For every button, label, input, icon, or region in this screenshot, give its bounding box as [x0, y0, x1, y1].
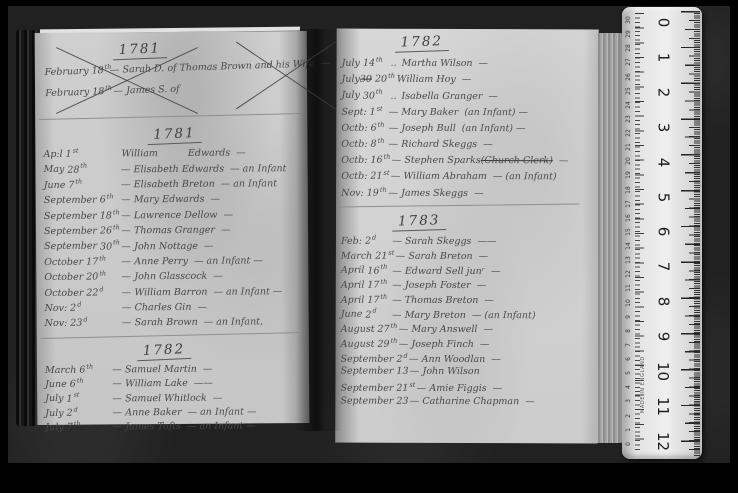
- ruler-cm-label: 6: [626, 357, 632, 361]
- entry-note: —: [204, 240, 214, 251]
- entry-name: Isabella Granger: [401, 90, 482, 101]
- ruler-cm-label: 20: [626, 157, 632, 165]
- entry-note: —: [483, 324, 493, 335]
- entry-name: Samuel Whitlock: [125, 392, 207, 404]
- entry-name: Anne Perry: [134, 256, 188, 267]
- register-entry: October17th — Anne Perry — an Infant —: [44, 253, 308, 270]
- entry-name: Sarah Breton: [408, 251, 472, 262]
- entry-dash: ..: [387, 90, 399, 101]
- ruler-inch-label: 8: [655, 297, 670, 307]
- register-entry: July14th .. Martha Wilson —: [342, 56, 599, 73]
- ruler-cm-label: 13: [626, 256, 632, 264]
- ruler-sixteenth-ticks: [694, 11, 700, 456]
- entry-note: — an Infant —: [194, 255, 263, 266]
- entry-date: October22d: [44, 285, 120, 299]
- ruler-cm-label: 16: [626, 214, 632, 222]
- left-page: 1781 February18th — Sarah D. of Thomas B…: [35, 31, 310, 425]
- ruler-cm-label: 26: [626, 73, 632, 81]
- entry-date: September30th: [44, 239, 120, 253]
- year-heading: 1783: [392, 212, 447, 232]
- entry-date: Octb:8th: [341, 136, 387, 149]
- entry-dash: —: [397, 324, 409, 335]
- ruler-cm-label: 11: [626, 285, 632, 293]
- entry-name: Anne Baker: [125, 407, 181, 418]
- entry-note: —: [491, 354, 501, 365]
- entry-dash: ..: [388, 58, 400, 69]
- entry-date: July3020th: [342, 72, 395, 85]
- entry-name: William Lake: [125, 378, 188, 389]
- entry-date: Sept:1st: [341, 104, 387, 117]
- entry-name: John Wilson: [423, 366, 480, 377]
- entry-date: October17th: [44, 254, 120, 268]
- entry-date: Nov:19th: [341, 185, 387, 198]
- ruler-cm-label: 8: [626, 329, 632, 333]
- ruler-cm-label: 5: [626, 371, 632, 375]
- entry-note: —: [320, 58, 330, 69]
- entry-date: September13: [341, 366, 409, 377]
- divider-line: [338, 203, 579, 207]
- entry-dash: —: [120, 256, 132, 267]
- ruler-cm-label: 7: [626, 343, 632, 347]
- entry-date: April16th: [341, 263, 391, 276]
- entry-name: James Skeggs: [401, 187, 468, 198]
- entry-name: William Hoy: [397, 74, 456, 85]
- ruler-cm-label: 10: [626, 299, 632, 307]
- entry-dash: —: [387, 123, 399, 134]
- entry-dash: —: [121, 318, 133, 329]
- entry-dash: —: [120, 241, 132, 252]
- register-entry: Octb:8th — Richard Skeggs —: [341, 136, 598, 153]
- ruler-inch-scale: 0123456789101112: [652, 15, 674, 449]
- entry-name: William Abraham: [403, 171, 486, 182]
- entry-date: Octb:16th: [341, 153, 390, 166]
- entry-dash: —: [120, 272, 132, 283]
- ruler-cm-label: 3: [626, 399, 632, 403]
- entry-dash: —: [111, 421, 123, 432]
- entry-date: September23: [340, 395, 408, 406]
- entry-name: Ann Woodlan: [422, 353, 486, 364]
- register-entry: Octb:6th — Joseph Bull (an Infant) —: [341, 120, 598, 137]
- register-entry: May28th — Elisabeth Edwards — an Infant: [44, 160, 308, 177]
- register-section-1781: 1781 Ap:l1st William Edwards — May28th: [35, 122, 308, 332]
- entry-name: Mary Answell: [411, 324, 477, 335]
- ruler-cm-label: 27: [626, 59, 632, 67]
- page-stack-edge: [597, 33, 624, 443]
- entry-name: Mary Breton: [405, 309, 466, 320]
- entry-name: Sarah D. of Thomas Brown and his Wife: [122, 59, 314, 76]
- register-entry: June2d — Mary Breton — (an Infant): [341, 307, 598, 323]
- entry-name: Sarah Skeggs: [405, 236, 471, 247]
- entry-dash: —: [112, 86, 124, 97]
- year-heading: 1781: [112, 40, 167, 60]
- year-heading: 1782: [394, 33, 449, 53]
- entry-dash: —: [120, 164, 132, 175]
- entry-note: —: [488, 91, 498, 102]
- entry-dash: —: [121, 302, 133, 313]
- register-entry: September2d — Ann Woodlan —: [341, 351, 598, 367]
- entry-dash: —: [111, 365, 123, 376]
- entry-name: Catharine Chapman: [422, 395, 519, 406]
- entry-name: Lawrence Dellow: [134, 209, 218, 221]
- register-entry: September23 — Catharine Chapman —: [340, 395, 597, 411]
- entry-name: Joseph Foster: [405, 280, 471, 291]
- register-entry: September26th — Thomas Granger —: [44, 222, 308, 239]
- entry-date: June2d: [341, 307, 391, 320]
- year-heading: 1781: [147, 125, 202, 145]
- entry-date: March21st: [341, 248, 394, 261]
- entry-note: —: [479, 58, 489, 69]
- ruler-inch-label: 12: [656, 432, 671, 451]
- register-entry: April16th — Edward Sell junʳ —: [341, 263, 598, 279]
- entry-note: — an Infant: [230, 163, 286, 174]
- entry-dash: —: [120, 225, 132, 236]
- entry-note: — an Infant: [221, 178, 277, 189]
- register-entry: June7th — Elisabeth Breton — an Infant: [44, 176, 308, 193]
- register-entry: September21st — Amie Figgis —: [340, 380, 597, 396]
- entry-note: —: [236, 148, 246, 159]
- right-page: 1782 July14th .. Martha Wilson — July302…: [335, 29, 598, 444]
- ruler-cm-label: 21: [626, 143, 632, 151]
- ruler-cm-scale: 3029282726252423222120191817161514131211…: [623, 17, 635, 447]
- entry-note: (an Infant) —: [464, 107, 528, 118]
- entry-note: —: [484, 295, 494, 306]
- entry-note: —: [213, 271, 223, 282]
- entry-date: Ap:l1st: [43, 146, 119, 160]
- ruler: 3029282726252423222120191817161514131211…: [622, 7, 702, 459]
- entry-date: Feb:2d: [341, 234, 391, 247]
- entry-date: July7th: [45, 419, 111, 433]
- ruler-cm-label: 28: [626, 44, 632, 52]
- entry-date: July14th: [342, 56, 388, 69]
- ruler-cm-label: 4: [626, 385, 632, 389]
- ruler-cm-label: 25: [626, 87, 632, 95]
- entry-dash: —: [390, 155, 402, 166]
- made-in-england-label: MADE IN ENGLAND: [640, 356, 646, 413]
- entry-note: — (an Infant): [493, 172, 557, 183]
- register-entry: October22d — William Barron — an Infant …: [44, 284, 308, 301]
- entry-date: September2d: [341, 351, 408, 364]
- register-entry: Feb:2d — Sarah Skeggs ——: [341, 234, 598, 250]
- entry-date: September6th: [44, 193, 120, 207]
- ruler-cm-label: 9: [626, 315, 632, 319]
- register-entry: March21st — Sarah Breton —: [341, 248, 598, 264]
- register-entry: July3020th William Hoy —: [342, 72, 599, 89]
- entry-date: February18th: [45, 84, 112, 99]
- entry-name: Stephen Sparks: [404, 155, 480, 166]
- entry-note: —: [462, 74, 472, 85]
- entry-list: March6th — Samuel Martin — June6th — Wil…: [37, 361, 309, 434]
- entry-name: Mary Baker: [401, 106, 458, 117]
- entry-list: February18th — Sarah D. of Thomas Brown …: [34, 57, 307, 108]
- scanned-register-image: 1781 February18th — Sarah D. of Thomas B…: [0, 0, 738, 493]
- ruler-inch-label: 10: [656, 362, 671, 381]
- entry-note: —: [213, 392, 223, 403]
- entry-dash: —: [111, 407, 123, 418]
- entry-name: William Barron: [134, 286, 207, 298]
- register-entry: September18th — Lawrence Dellow —: [44, 207, 308, 224]
- entry-dash: —: [111, 379, 123, 390]
- entry-date: Octb:6th: [341, 120, 387, 133]
- register-entry: September30th — John Nottage —: [44, 237, 308, 254]
- ruler-cm-label: 19: [626, 172, 632, 180]
- entry-dash: —: [391, 309, 403, 320]
- entry-note: —: [479, 251, 489, 262]
- ruler-inch-label: 9: [655, 332, 670, 342]
- entry-note: ——: [194, 378, 213, 389]
- entry-date: May28th: [44, 162, 120, 176]
- entry-dash: —: [409, 366, 421, 377]
- entry-dash: —: [387, 106, 399, 117]
- entry-list: July14th .. Martha Wilson — July3020th W…: [336, 56, 599, 203]
- entry-note: —: [210, 194, 220, 205]
- entry-date: Octb:21st: [341, 169, 389, 182]
- ruler-inch-label: 0: [655, 18, 670, 28]
- entry-dash: —: [391, 265, 403, 276]
- register-entry: Nov:23d — Sarah Brown — an Infant,: [45, 314, 309, 331]
- entry-note: —: [525, 396, 535, 407]
- ruler-inch-label: 1: [655, 53, 670, 63]
- entry-note: —: [474, 188, 484, 199]
- entry-dash: —: [397, 339, 409, 350]
- register-entry: April17th — Joseph Foster —: [341, 278, 598, 294]
- ruler-cm-label: 1: [626, 428, 632, 432]
- entry-date: August27th: [341, 322, 398, 335]
- entry-name: Elisabeth Breton: [134, 179, 215, 191]
- entry-name: Sarah Brown: [135, 317, 198, 328]
- register-entry: Octb:16th — Stephen Sparks (Church Clerk…: [341, 153, 598, 170]
- entry-name: Elisabeth Edwards: [134, 163, 225, 175]
- ruler-cm-label: 17: [626, 200, 632, 208]
- entry-note: —: [483, 139, 493, 150]
- ruler-cm-label: 24: [626, 101, 632, 109]
- ruler-inch-label: 6: [655, 227, 670, 237]
- entry-date: February18th: [44, 63, 108, 78]
- register-entry: Sept:1st — Mary Baker (an Infant) —: [341, 104, 598, 121]
- register-entry: April17th — Thomas Breton —: [341, 292, 598, 308]
- entry-cancelled-note: (Church Clerk): [481, 155, 553, 166]
- ruler-inch-label: 5: [655, 192, 670, 202]
- entry-dash: —: [387, 187, 399, 198]
- entry-dash: —: [394, 251, 406, 262]
- entry-dash: —: [387, 139, 399, 150]
- ruler-cm-label: 15: [626, 228, 632, 236]
- ruler-cm-label: 18: [626, 186, 632, 194]
- ruler-cm-label: 0: [626, 442, 632, 446]
- entry-date: April17th: [341, 278, 391, 291]
- register-entry: July30th .. Isabella Granger —: [341, 88, 598, 105]
- entry-note: —: [203, 364, 213, 375]
- entry-note: —: [491, 266, 501, 277]
- entry-dash: —: [120, 287, 132, 298]
- ruler-cm-label: 23: [626, 115, 632, 123]
- ruler-cm-label: 30: [626, 16, 632, 24]
- ruler-inch-label: 7: [655, 262, 670, 272]
- entry-dash: —: [120, 179, 132, 190]
- register-section-1783: 1783 Feb:2d — Sarah Skeggs —— March21st: [335, 210, 598, 411]
- entry-dash: —: [111, 393, 123, 404]
- ruler-cm-label: 2: [626, 414, 632, 418]
- entry-name: John Glasscock: [134, 271, 207, 283]
- ruler-cm-label: 29: [626, 30, 632, 38]
- ruler-cm-label: 12: [626, 270, 632, 278]
- entry-dash: —: [389, 171, 401, 182]
- entry-dash: —: [408, 353, 420, 364]
- register-entry: Octb:21st — William Abraham — (an Infant…: [341, 169, 598, 186]
- entry-date: Nov:2d: [45, 300, 121, 314]
- entry-note: — (an Infant): [472, 310, 536, 321]
- entry-note: —: [221, 225, 231, 236]
- register-entry: July7th — James Tofts — an Infant —: [45, 418, 309, 434]
- register-entry: Nov:19th — James Skeggs —: [341, 185, 598, 202]
- entry-name: John Nottage: [134, 240, 198, 251]
- ruler-inch-label: 4: [655, 157, 670, 167]
- entry-name: Martha Wilson: [402, 58, 473, 69]
- entry-dash: —: [408, 395, 420, 406]
- register-entry: Nov:2d — Charles Gin —: [45, 299, 309, 316]
- entry-date: September26th: [44, 223, 120, 237]
- entry-date: Nov:23d: [45, 316, 121, 330]
- entry-note: —: [197, 302, 207, 313]
- entry-name: Charles Gin: [135, 302, 192, 313]
- entry-dash: —: [120, 210, 132, 221]
- entry-dash: —: [391, 295, 403, 306]
- entry-name: Samuel Martin: [125, 364, 197, 376]
- entry-dash: —: [391, 236, 403, 247]
- entry-date: July2d: [45, 405, 111, 419]
- entry-note: — an Infant —: [187, 420, 256, 431]
- entry-date: March6th: [45, 362, 111, 376]
- entry-note: — an Infant —: [213, 286, 282, 297]
- entry-dash: —: [391, 280, 403, 291]
- register-section-1782-right: 1782 July14th .. Martha Wilson — July302…: [336, 31, 599, 203]
- entry-name: Thomas Breton: [405, 295, 479, 306]
- entry-name: James Tofts: [125, 421, 181, 432]
- register-entry: August27th — Mary Answell —: [341, 322, 598, 338]
- entry-name: Edward Sell junʳ: [405, 265, 485, 276]
- entry-name: Joseph Finch: [411, 339, 473, 350]
- entry-dash: —: [415, 383, 427, 394]
- entry-name: Mary Edwards: [134, 194, 205, 205]
- ruler-inch-label: 3: [655, 122, 670, 132]
- entry-note: —: [480, 339, 490, 350]
- ruler-inch-label: 2: [655, 88, 670, 98]
- register-entry: Ap:l1st William Edwards —: [43, 145, 307, 162]
- entry-note: (an Infant) —: [462, 123, 526, 134]
- entry-date: September18th: [44, 208, 120, 222]
- entry-name-2: Edwards: [188, 148, 230, 159]
- entry-date: July1st: [45, 391, 111, 405]
- entry-name: Richard Skeggs: [401, 139, 477, 150]
- entry-note: —: [559, 156, 569, 167]
- entry-date: June6th: [45, 377, 111, 391]
- register-section-1781-crossed: 1781 February18th — Sarah D. of Thomas B…: [35, 37, 307, 104]
- entry-note: — an Infant,: [204, 317, 263, 328]
- entry-dash: —: [108, 65, 120, 76]
- register-section-1782-left: 1782 March6th — Samuel Martin — June6th: [37, 338, 310, 434]
- entry-note: —: [477, 280, 487, 291]
- entry-date: April17th: [341, 292, 391, 305]
- entry-date: July30th: [341, 88, 387, 101]
- ruler-inch-label: 11: [656, 397, 671, 416]
- entry-note: —: [223, 209, 233, 220]
- entry-dash: —: [120, 195, 132, 206]
- entry-name: James S. of: [126, 84, 180, 97]
- entry-date: August29th: [341, 336, 398, 349]
- entry-date: June7th: [44, 177, 120, 191]
- entry-note: ——: [477, 236, 496, 247]
- entry-date: October20th: [44, 269, 120, 283]
- entry-list: Ap:l1st William Edwards — May28th — Elis…: [35, 145, 308, 332]
- register-entry: October20th — John Glasscock —: [44, 268, 308, 285]
- entry-name: Amie Figgis: [429, 383, 486, 394]
- register-entry: September13 — John Wilson: [340, 366, 597, 382]
- ruler-cm-label: 14: [626, 242, 632, 250]
- ruler-cm-label: 22: [626, 129, 632, 137]
- entry-note: —: [493, 383, 503, 394]
- register-entry: August29th — Joseph Finch —: [341, 336, 598, 352]
- entry-list: Feb:2d — Sarah Skeggs —— March21st — Sar…: [335, 234, 598, 411]
- entry-name: Thomas Granger: [134, 225, 215, 237]
- entry-name: William: [121, 148, 158, 159]
- entry-name: Joseph Bull: [401, 123, 455, 134]
- register-entry: September6th — Mary Edwards —: [44, 191, 308, 208]
- divider-line: [39, 113, 300, 120]
- entry-date: September21st: [340, 380, 415, 393]
- year-heading: 1782: [137, 341, 192, 361]
- entry-note: — an Infant —: [188, 406, 257, 417]
